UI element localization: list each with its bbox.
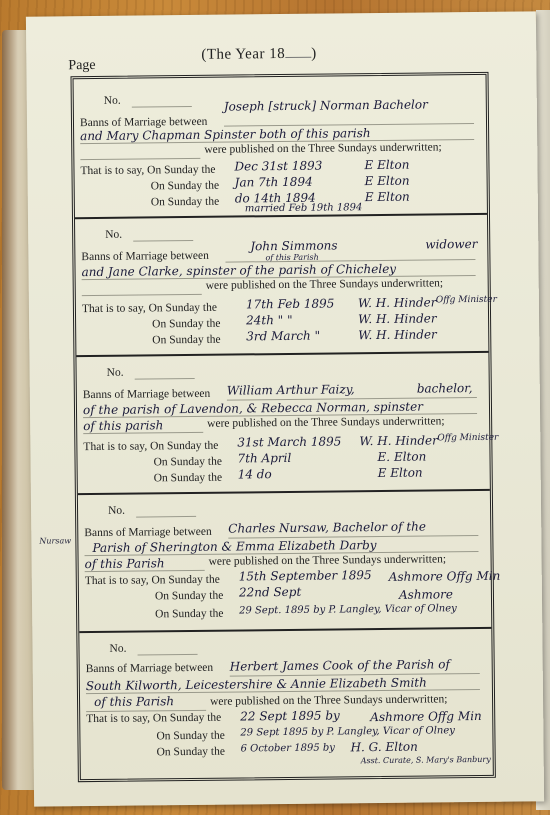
sunday-label: That is to say, On Sunday the	[82, 302, 217, 315]
sunday-label: On Sunday the	[155, 608, 223, 621]
banns-entry: No. Banns of Marriage between Charles Nu…	[78, 491, 491, 633]
officiant: E Elton	[365, 174, 410, 188]
sunday-date: 22 Sept 1895 by	[240, 708, 340, 723]
sunday-date: 6 October 1895 by	[241, 742, 335, 754]
register-page: Page (The Year 18) Nursaw No. Banns of M…	[26, 11, 544, 806]
banns-label: Banns of Marriage between	[84, 526, 212, 539]
banns-label: Banns of Marriage between	[86, 662, 214, 675]
sunday-label: On Sunday the	[156, 730, 224, 743]
banns-entry: No. Banns of Marriage between Herbert Ja…	[79, 629, 492, 773]
banns-label: Banns of Marriage between	[83, 388, 211, 401]
banns-entry: No. Banns of Marriage between John Simmo…	[75, 215, 488, 357]
officiant: H. G. Elton	[350, 740, 417, 755]
sunday-date: 24th " "	[246, 313, 293, 327]
officiant: W. H. Hinder	[359, 433, 438, 448]
sunday-label: On Sunday the	[152, 334, 220, 347]
groom-line: Joseph [struck] Norman Bachelor	[224, 97, 428, 113]
groom-status: bachelor,	[417, 381, 473, 396]
sunday-date: 31st March 1895	[237, 434, 341, 449]
groom-line: John Simmons	[250, 238, 337, 253]
officiant: Ashmore Offg Min	[389, 569, 501, 584]
published-label: were published on the Three Sundays unde…	[206, 277, 444, 291]
sunday-label: On Sunday the	[154, 472, 222, 485]
officiant: E Elton	[378, 466, 423, 480]
groom-line: William Arthur Faizy,	[227, 382, 355, 397]
no-label: No.	[109, 643, 126, 655]
officiant: W. H. Hinder	[358, 327, 437, 342]
sunday-date: 14 do	[238, 467, 272, 481]
officiant: Ashmore Offg Min	[370, 709, 482, 724]
year-blank	[285, 57, 311, 58]
banns-entry: No. Banns of Marriage between Joseph [st…	[74, 75, 487, 219]
no-label: No.	[108, 505, 125, 517]
published-label: were published on the Three Sundays unde…	[210, 693, 448, 707]
banns-label: Banns of Marriage between	[81, 250, 209, 263]
sunday-label: On Sunday the	[152, 318, 220, 331]
sunday-date: 3rd March "	[246, 329, 320, 344]
sunday-date: 17th Feb 1895	[246, 296, 335, 311]
groom-status: widower	[425, 237, 477, 252]
no-label: No.	[107, 367, 124, 379]
sunday-label: On Sunday the	[151, 196, 219, 209]
no-label: No.	[104, 95, 121, 107]
groom-line: Herbert James Cook of the Parish of	[230, 657, 450, 673]
published-label: were published on the Three Sundays unde…	[204, 141, 442, 155]
officiant: E. Elton	[377, 450, 426, 465]
sunday-date: Jan 7th 1894	[235, 175, 313, 190]
groom-line: Charles Nursaw, Bachelor of the	[228, 520, 426, 536]
sunday-date: Dec 31st 1893	[234, 159, 322, 174]
margin-note: Nursaw	[39, 536, 71, 545]
marriage-note: married Feb 19th 1894	[245, 202, 363, 214]
banns-entry: No. Banns of Marriage between William Ar…	[76, 353, 489, 495]
sunday-date: 29 Sept 1895 by P. Langley, Vicar of Oln…	[240, 725, 455, 738]
officiant: W. H. Hinder	[358, 295, 437, 310]
officiant-title: Asst. Curate, S. Mary's Banbury	[361, 755, 491, 765]
no-label: No.	[105, 229, 122, 241]
sunday-label: That is to say, On Sunday the	[85, 574, 220, 587]
officiant: E Elton	[365, 190, 410, 204]
sunday-label: On Sunday the	[151, 180, 219, 193]
sunday-label: That is to say, On Sunday the	[83, 440, 218, 453]
year-label: (The Year 18)	[201, 46, 317, 64]
bride-parish: of this parish	[83, 418, 163, 433]
sunday-date: 15th September 1895	[239, 568, 372, 583]
bride-parish: of this Parish	[94, 694, 174, 709]
sunday-label: That is to say, On Sunday the	[86, 712, 221, 725]
sunday-label: On Sunday the	[157, 746, 225, 759]
sunday-label: On Sunday the	[155, 590, 223, 603]
banns-frame: No. Banns of Marriage between Joseph [st…	[71, 72, 496, 782]
page-label: Page	[68, 58, 95, 74]
officiant-title: Offg Minister	[436, 295, 497, 306]
sunday-label: On Sunday the	[153, 456, 221, 469]
published-label: were published on the Three Sundays unde…	[207, 415, 445, 429]
sunday-label: That is to say, On Sunday the	[80, 164, 215, 177]
sunday-date: 7th April	[237, 451, 291, 466]
officiant: W. H. Hinder	[358, 311, 437, 326]
bride-parish: of this Parish	[85, 556, 165, 571]
published-label: were published on the Three Sundays unde…	[209, 553, 447, 567]
sunday-date: 22nd Sept	[239, 585, 301, 600]
officiant-title: Offg Minister	[437, 433, 498, 444]
sunday-date: 29 Sept. 1895 by P. Langley, Vicar of Ol…	[239, 603, 457, 616]
officiant: Ashmore	[399, 587, 453, 602]
officiant: E Elton	[364, 158, 409, 172]
